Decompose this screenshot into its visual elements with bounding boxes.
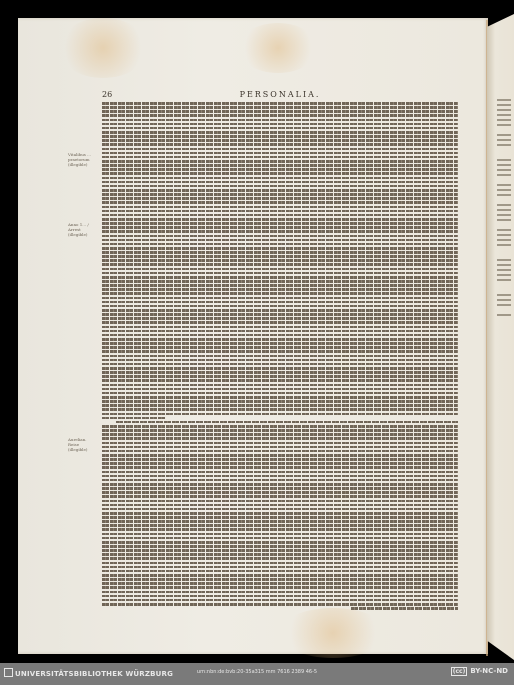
foxing-stain	[278, 608, 388, 658]
running-head: PERSONALIA.	[100, 90, 460, 99]
foxing-stain	[58, 18, 148, 78]
creative-commons-icon: (cc)	[451, 667, 468, 676]
footer-bar: UNIVERSITÄTSBIBLIOTHEK WÜRZBURG urn:nbn:…	[0, 663, 514, 685]
foxing-stain	[238, 23, 318, 73]
license-text: BY-NC-ND	[470, 667, 508, 675]
marginal-note: Vitalibus ... praetorum (illegible)	[68, 152, 98, 167]
license-link[interactable]: (cc)BY-NC-ND	[451, 667, 508, 676]
marginal-note: Anno 1... / Arrest (illegible)	[68, 222, 98, 237]
facing-page-edge	[487, 14, 514, 660]
urn-identifier: urn:nbn:de:bvb:20-35a315 mm 7616 2389 46…	[0, 669, 514, 675]
marginal-note: Aurelian. Reise (illegible)	[68, 437, 98, 452]
body-text	[102, 102, 458, 611]
